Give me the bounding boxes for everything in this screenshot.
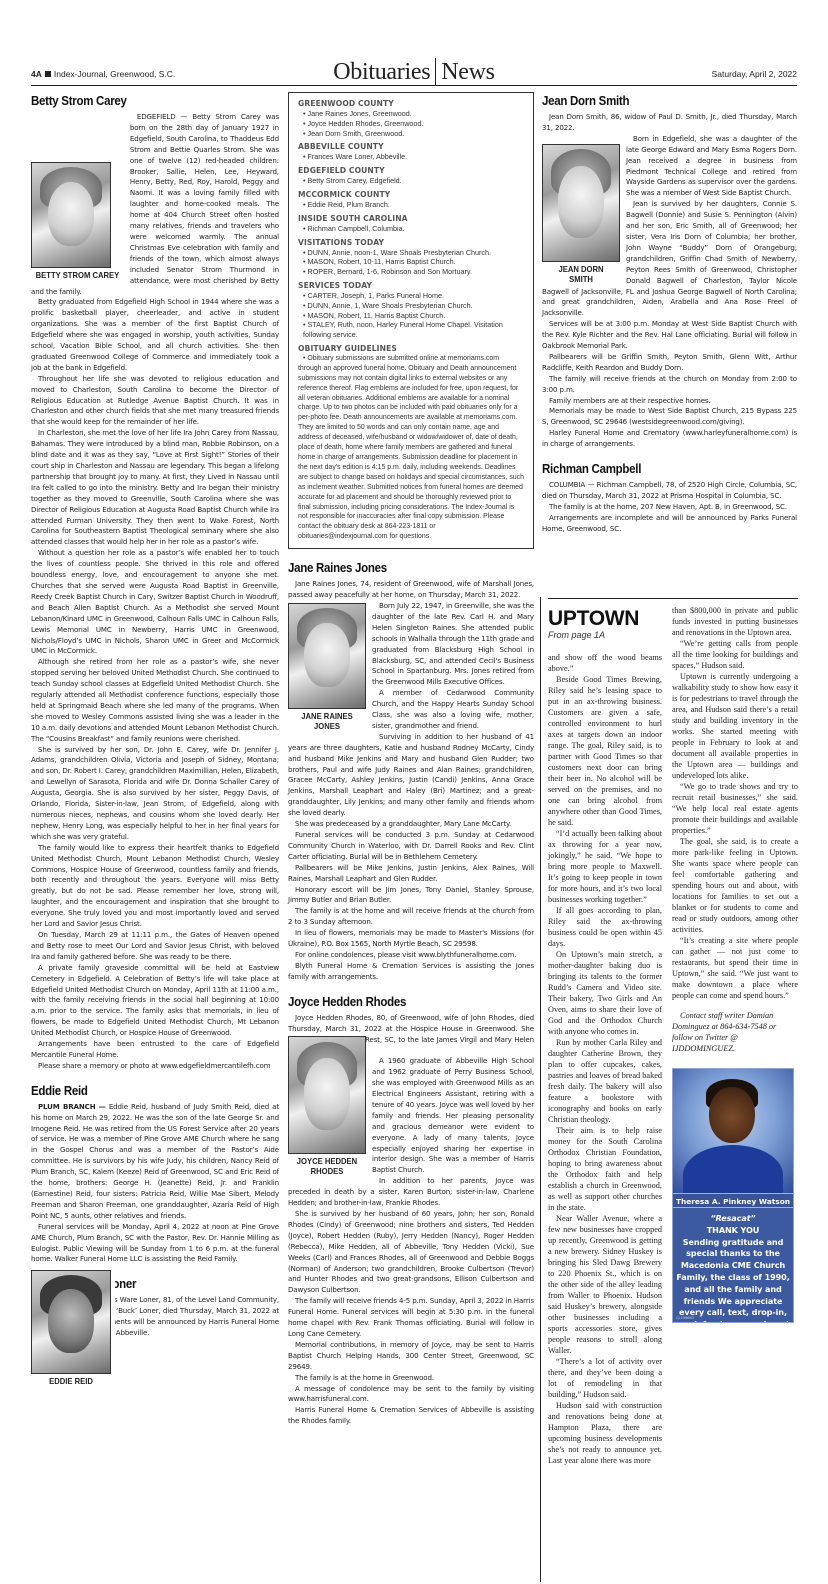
obituary-paragraph: In addition to her parents, Joyce was pr… [288, 1176, 534, 1209]
index-item: Frances Ware Loner, Abbeville. [298, 152, 524, 162]
photo-caption: EDDIE REID [35, 1376, 107, 1386]
story-paragraph: “We’re getting calls from people all the… [672, 638, 798, 671]
column-rule [540, 597, 541, 1582]
obituary-paragraph: In lieu of flowers, memorials may be mad… [288, 928, 534, 950]
index-heading: EDGEFIELD COUNTY [298, 166, 524, 175]
obituary-photo: JANE RAINES JONES [288, 603, 366, 731]
obituary-paragraph: Please share a memory or photo at www.ed… [31, 1061, 279, 1072]
index-item: DUNN, Annie, 1, Ware Shoals Presbyterian… [298, 301, 524, 311]
index-list: Eddie Reid, Plum Branch. [298, 200, 524, 210]
obituary-name: Jane Raines Jones [288, 561, 514, 575]
obituary-paragraph: Memorials may be made to West Side Bapti… [542, 406, 797, 428]
staff-writer-contact: Contact staff writer Damian Dominguez at… [672, 1010, 798, 1054]
photo-caption: JANE RAINES JONES [292, 711, 362, 731]
index-heading: VISITATIONS TODAY [298, 238, 524, 247]
obituary-paragraph: Throughout her life she was devoted to r… [31, 374, 279, 429]
ad-name-banner: Theresa A. Pinkney Watson [673, 1193, 793, 1208]
obituary-paragraph: Memorial contributions, in memory of Joy… [288, 1340, 534, 1373]
obituary-paragraph: Jane Raines Jones, 74, resident of Green… [288, 579, 534, 601]
obituary-paragraph: She is survived by her son, Dr. John E. … [31, 745, 279, 843]
uptown-column-left: UPTOWN From page 1A and show off the woo… [548, 599, 662, 1466]
ad-thank-you: THANK YOU [675, 1225, 791, 1237]
obituary-photo: JOYCE HEDDEN RHODES [288, 1036, 366, 1176]
obituary-paragraph: Family members are at their respective h… [542, 396, 797, 407]
ad-body: Sending gratitude and special thanks to … [675, 1237, 791, 1323]
obituary-photo: JEAN DORN SMITH [542, 144, 620, 284]
obituary-paragraph: The family would like to express their h… [31, 843, 279, 930]
story-paragraph: Uptown is currently undergoing a walkabi… [672, 671, 798, 781]
obituary-paragraph: A message of condolence may be sent to t… [288, 1384, 534, 1406]
index-list: Jane Raines Jones, Greenwood. Joyce Hedd… [298, 109, 524, 138]
obituary-paragraph: In Charleston, she met the love of her l… [31, 428, 279, 548]
obituary-paragraph: The family is at the home, 207 New Haven… [542, 502, 797, 513]
index-item: Eddie Reid, Plum Branch. [298, 200, 524, 210]
obituary-paragraph: Harris Funeral Home & Cremation Services… [288, 1405, 534, 1427]
index-heading: MCCORMICK COUNTY [298, 190, 524, 199]
index-heading: ABBEVILLE COUNTY [298, 142, 524, 151]
story-paragraph: On Uptown’s main stretch, a mother-daugh… [548, 949, 662, 1037]
index-list: DUNN, Annie, noon-1, Ware Shoals Presbyt… [298, 248, 524, 277]
section-title: ObituariesNews [31, 58, 797, 86]
column-2: GREENWOOD COUNTY Jane Raines Jones, Gree… [288, 92, 534, 1427]
obituary-name: Joyce Hedden Rhodes [288, 995, 514, 1009]
obituary-paragraph: For online condolences, please visit www… [288, 950, 534, 961]
story-paragraph: “I’d actually been talking about ax thro… [548, 828, 662, 905]
index-heading: GREENWOOD COUNTY [298, 99, 524, 108]
index-item: Jean Dorn Smith, Greenwood. [298, 129, 524, 139]
obituary-paragraph: On Tuesday, March 29 at 11:11 p.m., the … [31, 930, 279, 963]
guidelines-text: • Obituary submissions are submitted onl… [298, 354, 524, 542]
portrait-image [288, 1036, 366, 1154]
index-item: Richman Campbell, Columbia. [298, 224, 524, 234]
index-item: MASON, Robert, 11, Harris Baptist Church… [298, 311, 524, 321]
uptown-column-right: than $800,000 in private and public fund… [672, 599, 798, 1323]
obituary-paragraph: Pallbearers will be Mike Jenkins, Justin… [288, 863, 534, 885]
obituary-paragraph: Arrangements have been entrusted to the … [31, 1039, 279, 1061]
obituary-paragraph: Blyth Funeral Home & Cremation Services … [288, 961, 534, 983]
obituary-text: Eddie Reid, husband of Judy Smith Reid, … [31, 1102, 279, 1220]
story-paragraph: and show off the wood beams above.” [548, 652, 662, 674]
portrait-image [31, 162, 111, 268]
index-list: Richman Campbell, Columbia. [298, 224, 524, 234]
story-paragraph: Run by mother Carla Riley and daughter C… [548, 1037, 662, 1125]
story-paragraph: Their aim is to help raise money for the… [548, 1125, 662, 1213]
index-item: Jane Raines Jones, Greenwood. [298, 109, 524, 119]
ad-nickname: “Resacat” [675, 1213, 791, 1225]
obituary-paragraph: Arrangements are incomplete and will be … [542, 513, 797, 535]
obituary-paragraph: She was predeceased by a granddaughter, … [288, 819, 534, 830]
obituary-name: Richman Campbell [542, 462, 777, 476]
ad-portrait [673, 1069, 793, 1193]
obituary-paragraph: Funeral services will be conducted 3 p.m… [288, 830, 534, 863]
obituary-paragraph: A private family graveside committal wil… [31, 963, 279, 1039]
obituary-paragraph: The family is at the home and will recei… [288, 906, 534, 928]
story-paragraph: than $800,000 in private and public fund… [672, 605, 798, 638]
story-paragraph: “It’s creating a site where people can g… [672, 935, 798, 1001]
index-list: Frances Ware Loner, Abbeville. [298, 152, 524, 162]
portrait-image [542, 144, 620, 262]
obituary-paragraph: Pallbearers will be Griffin Smith, Peyto… [542, 352, 797, 374]
photo-caption: BETTY STROM CAREY [36, 270, 120, 280]
obituary-index-box: GREENWOOD COUNTY Jane Raines Jones, Gree… [288, 92, 534, 549]
ad-code: CJ-156683 [676, 1316, 694, 1320]
guidelines-heading: OBITUARY GUIDELINES [298, 344, 524, 353]
obituary-photo: BETTY STROM CAREY [31, 162, 124, 280]
index-list: CARTER, Joseph, 1, Parks Funeral Home. D… [298, 291, 524, 340]
photo-caption: JEAN DORN SMITH [546, 264, 616, 284]
column-3: Jean Dorn Smith Jean Dorn Smith, 86, wid… [542, 92, 797, 535]
obituary-eddie-reid: Eddie Reid PLUM BRANCH — Eddie Reid, hus… [31, 1084, 279, 1266]
obituary-paragraph: PLUM BRANCH — Eddie Reid, husband of Jud… [31, 1102, 279, 1222]
obituary-jane-raines-jones: Jane Raines Jones Jane Raines Jones, 74,… [288, 561, 534, 983]
obituary-paragraph: Harley Funeral Home and Crematory (www.h… [542, 428, 797, 450]
index-item: ROPER, Bernard, 1-6, Robinson and Son Mo… [298, 267, 524, 277]
obituary-carey-block: Betty Strom Carey BETTY STROM CAREY EDGE… [31, 92, 279, 1339]
masthead: 4AIndex-Journal, Greenwood, S.C. Obituar… [31, 60, 797, 86]
jump-line: From page 1A [548, 630, 662, 640]
obituary-paragraph: Honorary escort will be Jim Jones, Tony … [288, 885, 534, 907]
uptown-story: UPTOWN From page 1A and show off the woo… [548, 598, 798, 599]
portrait-image [288, 603, 366, 709]
story-paragraph: “We go to trade shows and try to recruit… [672, 781, 798, 836]
obituary-richman-campbell: Richman Campbell COLUMBIA — Richman Camp… [542, 462, 797, 535]
index-list: Betty Strom Carey, Edgefield. [298, 176, 524, 186]
issue-date: Saturday, April 2, 2022 [712, 69, 797, 79]
obituary-paragraph: Jean Dorn Smith, 86, widow of Paul D. Sm… [542, 112, 797, 134]
story-paragraph: Near Waller Avenue, where a few new busi… [548, 1213, 662, 1356]
obituary-paragraph: Services will be at 3:00 p.m. Monday at … [542, 319, 797, 352]
index-item: STALEY, Ruth, noon, Harley Funeral Home … [298, 320, 524, 340]
obituary-photo-eddie-reid: EDDIE REID [31, 1270, 115, 1386]
obituary-paragraph: Funeral services will be Monday, April 4… [31, 1222, 279, 1266]
index-item: DUNN, Annie, noon-1, Ware Shoals Presbyt… [298, 248, 524, 258]
index-item: Betty Strom Carey, Edgefield. [298, 176, 524, 186]
story-paragraph: The goal, she said, is to create a more … [672, 836, 798, 935]
story-paragraph: “There’s a lot of activity over there, a… [548, 1356, 662, 1400]
story-paragraph: Hudson said with construction and renova… [548, 1400, 662, 1466]
photo-caption: JOYCE HEDDEN RHODES [292, 1156, 362, 1176]
obituary-joyce-hedden-rhodes: Joyce Hedden Rhodes Joyce Hedden Rhodes,… [288, 995, 534, 1427]
index-heading: INSIDE SOUTH CAROLINA [298, 214, 524, 223]
section-news: News [441, 59, 494, 85]
obituary-name: Betty Strom Carey [31, 94, 259, 108]
obituary-paragraph: Although she retired from her role as a … [31, 657, 279, 744]
index-heading: SERVICES TODAY [298, 281, 524, 290]
thank-you-ad: Theresa A. Pinkney Watson “Resacat” THAN… [672, 1068, 794, 1323]
section-obituaries: Obituaries [333, 59, 430, 85]
obituary-paragraph: She is survived by her husband of 60 yea… [288, 1209, 534, 1296]
obituary-paragraph: COLUMBIA — Richman Campbell, 78, of 2520… [542, 480, 797, 502]
obituary-paragraph: The family will receive friends 4-5 p.m.… [288, 1296, 534, 1340]
obituary-paragraph: Surviving in addition to her husband of … [288, 732, 534, 819]
index-item: MASON, Robert, 10-11, Harris Baptist Chu… [298, 257, 524, 267]
story-paragraph: If all goes according to plan, Riley sai… [548, 905, 662, 949]
obituary-paragraph: The family is at the home in Greenwood. [288, 1373, 534, 1384]
obituary-jean-dorn-smith: Jean Dorn Smith Jean Dorn Smith, 86, wid… [542, 94, 797, 450]
obituary-name: Eddie Reid [31, 1084, 259, 1098]
obituary-paragraph: Without a question her role as a pastor’… [31, 548, 279, 657]
story-headline: UPTOWN [548, 608, 662, 630]
ad-message: “Resacat” THANK YOU Sending gratitude an… [673, 1210, 793, 1323]
dateline: PLUM BRANCH — [38, 1102, 106, 1111]
story-paragraph: Beside Good Times Brewing, Riley said he… [548, 674, 662, 828]
obituary-paragraph: Betty graduated from Edgefield High Scho… [31, 297, 279, 373]
index-item: CARTER, Joseph, 1, Parks Funeral Home. [298, 291, 524, 301]
portrait-image [31, 1270, 111, 1374]
section-divider [435, 58, 436, 86]
index-item: Joyce Hedden Rhodes, Greenwood. [298, 119, 524, 129]
obituary-name: Jean Dorn Smith [542, 94, 777, 108]
obituary-paragraph: The family will receive friends at the c… [542, 374, 797, 396]
